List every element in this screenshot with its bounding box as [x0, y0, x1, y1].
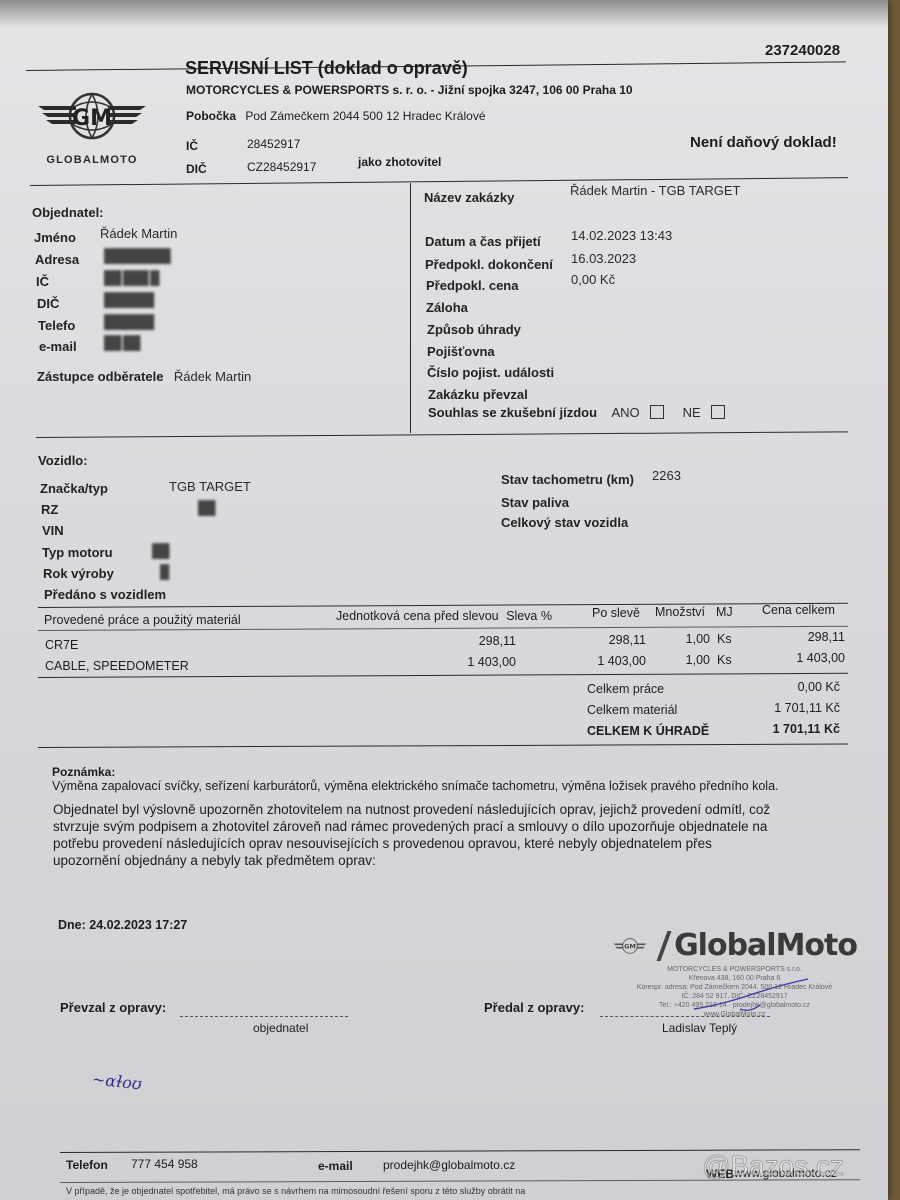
test-ride-no-checkbox[interactable] [711, 405, 725, 419]
company-role: jako zhotovitel [358, 155, 441, 169]
disclaimer-line: potřebu provedení následujících oprav ne… [53, 836, 712, 851]
vehicle-field-value: █ [160, 564, 168, 579]
customer-order-divider [410, 183, 411, 433]
item-total: 298,11 [745, 630, 845, 644]
col-header-total: Cena celkem [762, 603, 835, 617]
order-field-label: Předpokl. cena [426, 278, 518, 293]
customer-section-title: Objednatel: [32, 205, 104, 220]
disclaimer-line: upozornění objednány a nebyly tak předmě… [53, 853, 376, 868]
item-after-discount: 298,11 [550, 633, 646, 647]
col-header-unit: MJ [716, 605, 733, 619]
vehicle-field-label: Typ motoru [42, 545, 113, 560]
customer-field-label: Adresa [35, 252, 79, 267]
test-ride-yes-checkbox[interactable] [650, 405, 664, 419]
order-field-value: 16.03.2023 [571, 251, 636, 266]
col-header-after-discount: Po slevě [592, 606, 640, 620]
col-header-quantity: Množství [655, 605, 705, 619]
footer-fineprint: V případě, že je objednatel spotřebitel,… [66, 1186, 525, 1196]
customer-field-value: ██ ███ █ [104, 270, 159, 285]
company-dic-label: DIČ [186, 162, 207, 176]
company-ic-label: IČ [186, 139, 198, 153]
document-number: 237240028 [765, 42, 840, 59]
handed-name: Ladislav Teplý [662, 1021, 737, 1035]
customer-field-value: ██████ [104, 314, 153, 329]
svg-text:GM: GM [72, 106, 112, 131]
company-line: MOTORCYCLES & POWERSPORTS s. r. o. - Již… [186, 83, 633, 97]
customer-field-label: Telefo [38, 318, 75, 333]
representative-label: Zástupce odběratele [37, 369, 163, 384]
col-header-unit-price: Jednotková cena před slevou Sleva % [336, 609, 568, 623]
disclaimer-line: Objednatel byl výslovně upozorněn zhotov… [53, 802, 770, 817]
document-title: SERVISNÍ LIST (doklad o opravě) [185, 58, 468, 79]
service-document: 237240028 GM GLOBALMOTO SERVISNÍ LIST (d… [0, 0, 888, 1200]
customer-field-label: Jméno [34, 230, 76, 245]
item-unit: Ks [717, 653, 732, 667]
order-field-label: Záloha [426, 300, 468, 315]
gm-wings-logo-icon: GM [36, 88, 148, 150]
stamp-brand: GlobalMoto [674, 928, 857, 963]
customer-field-value: Řádek Martin [100, 226, 177, 241]
order-field-label: Způsob úhrady [427, 322, 521, 337]
order-field-label: Zakázku převzal [428, 387, 528, 402]
vehicle-field-label: RZ [41, 502, 58, 517]
item-after-discount: 1 403,00 [550, 654, 646, 668]
received-role: objednatel [253, 1021, 308, 1035]
vehicle-field-value: ██ [198, 500, 214, 515]
item-unit: Ks [717, 632, 732, 646]
order-field-value: 14.02.2023 13:43 [571, 228, 672, 243]
test-ride-row: Souhlas se zkušební jízdou ANO NE [428, 404, 725, 422]
vehicle-field-label: VIN [42, 523, 64, 538]
footer-email-value[interactable]: prodejhk@globalmoto.cz [383, 1158, 515, 1172]
footer-phone-value[interactable]: 777 454 958 [131, 1157, 198, 1171]
customer-field-value: ██████ [104, 292, 153, 307]
stamp-gm-logo-icon: GM [612, 934, 648, 958]
company-dic-value: CZ28452917 [247, 160, 316, 174]
logo-wordmark: GLOBALMOTO [36, 154, 148, 166]
customer-field-label: IČ [36, 274, 49, 289]
total-label: Celkem materiál [587, 703, 677, 717]
vehicle-section-title: Vozidlo: [38, 453, 88, 468]
item-unit-price: 298,11 [420, 634, 516, 648]
bazos-watermark: @Bazos.cz [702, 1150, 844, 1182]
item-quantity: 1,00 [660, 632, 710, 646]
total-value: 0,00 Kč [720, 680, 840, 694]
order-name-label: Název zakázky [424, 190, 514, 205]
order-field-label: Datum a čas přijetí [425, 234, 541, 249]
received-label: Převzal z opravy: [60, 1000, 166, 1015]
col-header-discount-label: Sleva % [506, 609, 552, 623]
test-ride-no-label: NE [683, 405, 701, 420]
order-field-label: Číslo pojist. události [427, 365, 554, 380]
vehicle-field-label: Značka/typ [40, 481, 108, 496]
item-name: CABLE, SPEEDOMETER [45, 659, 189, 673]
order-field-value: 0,00 Kč [571, 272, 615, 287]
received-signature-line [180, 1016, 348, 1017]
total-value: 1 701,11 Kč [720, 701, 840, 715]
footer-email-label: e-mail [318, 1159, 353, 1173]
company-ic-value: 28452917 [247, 137, 300, 151]
table-bottom-rule [38, 673, 848, 678]
item-unit-price: 1 403,00 [420, 655, 516, 669]
note-text: Výměna zapalovací svíčky, seřízení karbu… [52, 779, 779, 793]
stamp-slash-icon [657, 931, 672, 961]
test-ride-label: Souhlas se zkušební jízdou [428, 405, 597, 420]
branch-row: Pobočka Pod Zámečkem 2044 500 12 Hradec … [186, 109, 486, 123]
vehicle-field-label: Rok výroby [43, 566, 114, 581]
customer-bottom-rule [36, 431, 848, 438]
order-field-label: Předpokl. dokončení [425, 257, 553, 272]
customer-field-label: e-mail [39, 339, 77, 354]
customer-field-label: DIČ [37, 296, 59, 311]
representative-value: Řádek Martin [174, 369, 251, 384]
totals-bottom-rule [38, 743, 848, 748]
item-quantity: 1,00 [660, 653, 710, 667]
disclaimer-line: stvrzuje svým podpisem a zhotovitel záro… [53, 819, 767, 834]
vehicle-field-value: TGB TARGET [169, 479, 251, 494]
vehicle-status-value: 2263 [652, 468, 681, 483]
representative-row: Zástupce odběratele Řádek Martin [37, 368, 251, 386]
item-total: 1 403,00 [745, 651, 845, 665]
handed-signature-scribble-icon [690, 975, 820, 1015]
customer-signature: ~ɑɫoʊ [91, 1069, 143, 1093]
customer-field-value: ██ ██ [104, 335, 139, 350]
note-label: Poznámka: [52, 765, 115, 779]
vehicle-status-label: Stav tachometru (km) [501, 472, 634, 487]
total-label: CELKEM K ÚHRADĚ [587, 724, 709, 738]
signature-date: Dne: 24.02.2023 17:27 [58, 918, 187, 932]
col-header-description: Provedené práce a použitý materiál [44, 613, 241, 627]
total-value: 1 701,11 Kč [720, 722, 840, 736]
vehicle-status-label: Stav paliva [501, 495, 569, 510]
order-field-label: Pojišťovna [427, 344, 495, 359]
customer-field-value: ████████ [104, 248, 170, 263]
col-header-unit-price-label: Jednotková cena před slevou [336, 609, 499, 623]
vehicle-field-label: Předáno s vozidlem [44, 587, 166, 602]
handed-label: Předal z opravy: [484, 1000, 584, 1015]
globalmoto-logo: GM GLOBALMOTO [36, 88, 148, 166]
total-label: Celkem práce [587, 682, 664, 696]
tax-notice: Není daňový doklad! [690, 134, 837, 151]
item-name: CR7E [45, 638, 78, 652]
stamp-line: MOTORCYCLES & POWERSPORTS s.r.o. [612, 965, 857, 974]
svg-text:GM: GM [624, 942, 636, 950]
order-name-value: Řádek Martin - TGB TARGET [570, 183, 741, 198]
vehicle-field-value: ██ [152, 543, 168, 558]
footer-phone-label: Telefon [66, 1158, 108, 1172]
branch-label: Pobočka [186, 109, 236, 123]
branch-value: Pod Zámečkem 2044 500 12 Hradec Králové [245, 109, 485, 123]
vehicle-status-label: Celkový stav vozidla [501, 515, 628, 530]
test-ride-yes-label: ANO [612, 405, 640, 420]
